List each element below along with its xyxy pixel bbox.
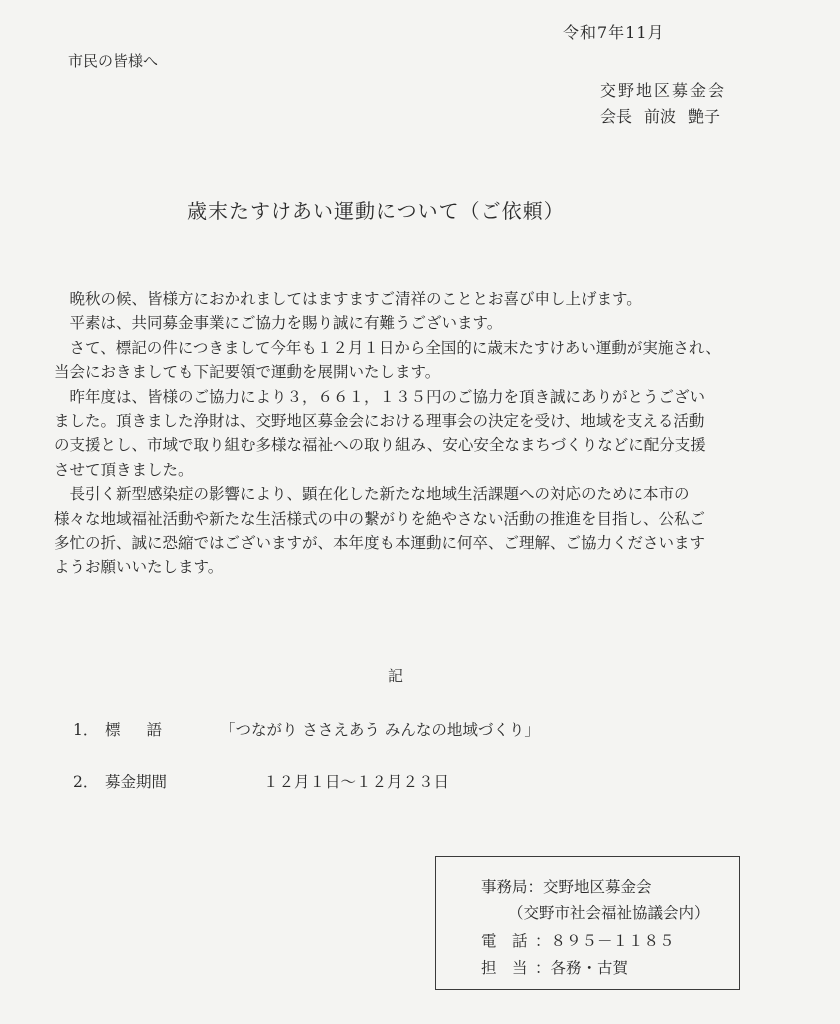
sender-organization: 交野地区募金会 xyxy=(600,78,726,101)
document-title: 歳末たすけあい運動について（ご依頼） xyxy=(187,195,565,224)
staff-sep: ： xyxy=(535,959,551,977)
staff-label-char: 担 xyxy=(481,959,497,977)
recipient: 市民の皆様へ xyxy=(68,50,158,71)
body-line: させて頂きました。 xyxy=(54,458,814,482)
note-heading: 記 xyxy=(388,665,403,686)
body-line: ました。頂きました浄財は、交野地区募金会における理事会の決定を受け、地域を支える… xyxy=(54,409,814,433)
item-slogan: 1．標語「つながり ささえあう みんなの地域づくり」 xyxy=(73,718,540,740)
staff-label-char: 当 xyxy=(512,959,528,977)
staff-label: 担 当 xyxy=(481,956,535,978)
contact-box: 事務局：交野地区募金会 （交野市社会福祉協議会内） 電 話：８９５－１１８５ 担… xyxy=(435,856,740,990)
letter-body: 晩秋の候、皆様方におかれましてはますますご清祥のこととお喜び申し上げます。 平素… xyxy=(54,287,814,580)
phone-label: 電 話 xyxy=(481,929,535,951)
contact-office: 事務局：交野地区募金会 xyxy=(481,875,652,897)
item-fundraising-period: 2．募金期間１２月１日～１２月２３日 xyxy=(73,770,449,792)
body-line: 多忙の折、誠に恐縮ではございますが、本年度も本運動に何卒、ご理解、ご協力ください… xyxy=(54,531,814,555)
body-line: 晩秋の候、皆様方におかれましてはますますご清祥のこととお喜び申し上げます。 xyxy=(54,287,814,311)
sender-title: 会長 xyxy=(600,107,632,126)
body-line: 当会におきましても下記要領で運動を展開いたします。 xyxy=(54,360,814,384)
sender-signature: 会長前波艶子 xyxy=(600,104,732,127)
phone-value: ８９５－１１８５ xyxy=(551,932,675,950)
phone-label-char: 電 xyxy=(481,932,497,950)
body-line: 様々な地域福祉活動や新たな生活様式の中の繋がりを絶やさない活動の推進を目指し、公… xyxy=(54,507,814,531)
office-label: 事務局： xyxy=(481,878,543,896)
item-value: １２月１日～１２月２３日 xyxy=(263,773,449,791)
contact-staff: 担 当：各務・古賀 xyxy=(481,956,628,978)
phone-label-char: 話 xyxy=(512,932,528,950)
document-date: 令和7年11月 xyxy=(563,20,665,43)
contact-phone: 電 話：８９５－１１８５ xyxy=(481,929,675,951)
office-value: 交野地区募金会 xyxy=(543,878,652,896)
body-line: ようお願いいたします。 xyxy=(54,555,814,579)
item-value: 「つながり ささえあう みんなの地域づくり」 xyxy=(220,721,540,739)
body-line: 長引く新型感染症の影響により、顕在化した新たな地域生活課題への対応のために本市の xyxy=(54,482,814,506)
body-line: 平素は、共同募金事業にご協力を賜り誠に有難うございます。 xyxy=(54,311,814,335)
item-label: 標語 xyxy=(105,718,220,740)
item-label: 募金期間 xyxy=(105,770,263,792)
body-line: さて、標記の件につきまして今年も１２月１日から全国的に歳末たすけあい運動が実施さ… xyxy=(54,336,814,360)
staff-value: 各務・古賀 xyxy=(551,959,629,977)
phone-sep: ： xyxy=(535,932,551,950)
sender-surname: 前波 xyxy=(644,107,676,126)
item-number: 1． xyxy=(73,718,105,740)
contact-office-sub: （交野市社会福祉協議会内） xyxy=(508,901,710,923)
item-number: 2． xyxy=(73,770,105,792)
body-line: の支援とし、市域で取り組む多様な福祉への取り組み、安心安全なまちづくりなどに配分… xyxy=(54,433,814,457)
body-line: 昨年度は、皆様のご協力により３，６６１，１３５円のご協力を頂き誠にありがとうござ… xyxy=(54,385,814,409)
sender-given-name: 艶子 xyxy=(688,107,720,126)
